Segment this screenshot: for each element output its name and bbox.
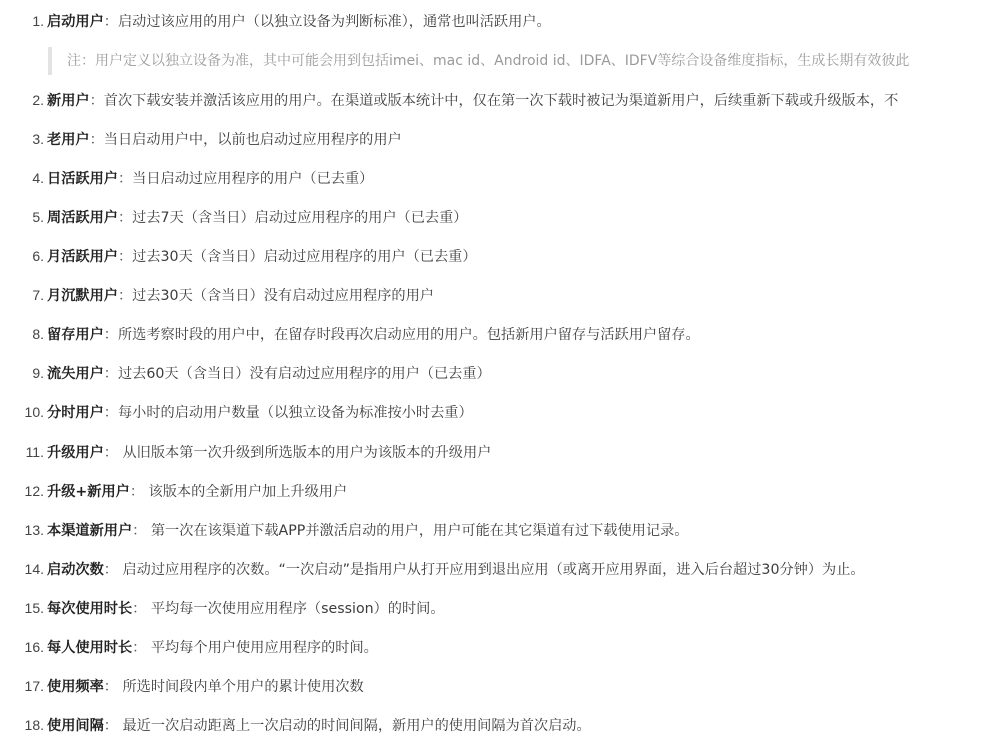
item-description: 启动过该应用的用户（以独立设备为判断标准），通常也叫活跃用户。 (118, 14, 551, 30)
item-description: 平均每个用户使用应用程序的时间。 (151, 640, 378, 656)
item-term: 每人使用时长 (47, 640, 132, 656)
item-description: 当日启动用户中，以前也启动过应用程序的用户 (104, 132, 402, 148)
item-separator: ： (132, 601, 151, 617)
list-item: 13.本渠道新用户： 第一次在该渠道下载APP并激活启动的用户，用户可能在其它渠… (0, 518, 688, 542)
item-separator: ： (104, 366, 118, 382)
item-term: 新用户 (47, 93, 90, 109)
list-item: 2.新用户：首次下载安装并激活该应用的用户。在渠道或版本统计中，仅在第一次下载时… (0, 88, 898, 112)
item-number: 3. (0, 127, 44, 151)
item-separator: ： (118, 249, 132, 265)
item-separator: ： (118, 288, 132, 304)
list-item: 10.分时用户：每小时的启动用户数量（以独立设备为标准按小时去重） (0, 400, 473, 424)
item-separator: ： (104, 14, 118, 30)
item-number: 5. (0, 205, 44, 229)
item-term: 使用间隔 (47, 718, 104, 734)
item-separator: ： (132, 640, 151, 656)
item-separator: ： (90, 132, 104, 148)
item-separator: ： (104, 679, 123, 695)
item-term: 本渠道新用户 (47, 523, 132, 539)
item-term: 升级+新用户 (47, 484, 130, 500)
item-separator: ： (118, 171, 132, 187)
list-item: 7.月沉默用户：过去30天（含当日）没有启动过应用程序的用户 (0, 283, 434, 307)
item-description: 过去60天（含当日）没有启动过应用程序的用户（已去重） (118, 366, 491, 382)
item-term: 升级用户 (47, 445, 104, 461)
item-description: 最近一次启动距离上一次启动的时间间隔，新用户的使用间隔为首次启动。 (122, 718, 590, 734)
list-item: 17.使用频率： 所选时间段内单个用户的累计使用次数 (0, 674, 364, 698)
item-separator: ： (130, 484, 149, 500)
list-item: 16.每人使用时长： 平均每个用户使用应用程序的时间。 (0, 635, 378, 659)
list-item: 12.升级+新用户： 该版本的全新用户加上升级用户 (0, 479, 347, 503)
item-number: 16. (0, 635, 44, 659)
item-number: 8. (0, 322, 44, 346)
item-description: 所选考察时段的用户中，在留存时段再次启动应用的用户。包括新用户留存与活跃用户留存… (118, 327, 700, 343)
list-item: 1.启动用户：启动过该应用的用户（以独立设备为判断标准），通常也叫活跃用户。 (0, 9, 551, 33)
item-separator: ： (132, 523, 151, 539)
item-number: 1. (0, 9, 44, 33)
item-term: 流失用户 (47, 366, 104, 382)
item-description: 当日启动过应用程序的用户（已去重） (132, 171, 373, 187)
item-term: 启动用户 (47, 14, 104, 30)
item-description: 所选时间段内单个用户的累计使用次数 (122, 679, 363, 695)
item-number: 18. (0, 713, 44, 737)
item-term: 日活跃用户 (47, 171, 118, 187)
item-number: 11. (0, 440, 44, 464)
item-term: 启动次数 (47, 562, 104, 578)
item-number: 17. (0, 674, 44, 698)
item-number: 13. (0, 518, 44, 542)
item-separator: ： (104, 445, 123, 461)
item-description: 启动过应用程序的次数。“一次启动”是指用户从打开应用到退出应用（或离开应用界面，… (122, 562, 864, 578)
list-item: 5.周活跃用户：过去7天（含当日）启动过应用程序的用户（已去重） (0, 205, 468, 229)
blockquote-note: 注：用户定义以独立设备为准，其中可能会用到包括imei、mac id、Andro… (48, 47, 909, 75)
item-separator: ： (90, 93, 104, 109)
item-number: 10. (0, 400, 44, 424)
list-item: 11.升级用户： 从旧版本第一次升级到所选版本的用户为该版本的升级用户 (0, 440, 491, 464)
list-item: 4.日活跃用户：当日启动过应用程序的用户（已去重） (0, 166, 373, 190)
list-item: 18.使用间隔： 最近一次启动距离上一次启动的时间间隔，新用户的使用间隔为首次启… (0, 713, 591, 737)
item-number: 2. (0, 88, 44, 112)
item-term: 周活跃用户 (47, 210, 118, 226)
item-description: 第一次在该渠道下载APP并激活启动的用户，用户可能在其它渠道有过下载使用记录。 (151, 523, 689, 539)
item-separator: ： (118, 210, 132, 226)
item-term: 月活跃用户 (47, 249, 118, 265)
item-description: 每小时的启动用户数量（以独立设备为标准按小时去重） (118, 405, 473, 421)
list-item: 3.老用户：当日启动用户中，以前也启动过应用程序的用户 (0, 127, 402, 151)
item-number: 6. (0, 244, 44, 268)
item-term: 分时用户 (47, 405, 104, 421)
item-description: 首次下载安装并激活该应用的用户。在渠道或版本统计中，仅在第一次下载时被记为渠道新… (104, 93, 899, 109)
item-description: 平均每一次使用应用程序（session）的时间。 (151, 601, 445, 617)
item-separator: ： (104, 405, 118, 421)
item-description: 过去7天（含当日）启动过应用程序的用户（已去重） (132, 210, 467, 226)
item-number: 15. (0, 596, 44, 620)
list-item: 8.留存用户：所选考察时段的用户中，在留存时段再次启动应用的用户。包括新用户留存… (0, 322, 700, 346)
list-item: 6.月活跃用户：过去30天（含当日）启动过应用程序的用户（已去重） (0, 244, 477, 268)
item-number: 7. (0, 283, 44, 307)
list-item: 15.每次使用时长： 平均每一次使用应用程序（session）的时间。 (0, 596, 445, 620)
list-item: 14.启动次数： 启动过应用程序的次数。“一次启动”是指用户从打开应用到退出应用… (0, 557, 865, 581)
item-number: 14. (0, 557, 44, 581)
item-separator: ： (104, 718, 123, 734)
item-number: 9. (0, 361, 44, 385)
item-term: 老用户 (47, 132, 90, 148)
item-separator: ： (104, 327, 118, 343)
item-term: 留存用户 (47, 327, 104, 343)
list-item: 9.流失用户：过去60天（含当日）没有启动过应用程序的用户（已去重） (0, 361, 491, 385)
item-term: 使用频率 (47, 679, 104, 695)
item-description: 过去30天（含当日）没有启动过应用程序的用户 (132, 288, 434, 304)
item-term: 月沉默用户 (47, 288, 118, 304)
item-description: 该版本的全新用户加上升级用户 (149, 484, 348, 500)
item-description: 过去30天（含当日）启动过应用程序的用户（已去重） (132, 249, 476, 265)
item-description: 从旧版本第一次升级到所选版本的用户为该版本的升级用户 (122, 445, 491, 461)
item-term: 每次使用时长 (47, 601, 132, 617)
item-separator: ： (104, 562, 123, 578)
item-number: 12. (0, 479, 44, 503)
item-number: 4. (0, 166, 44, 190)
